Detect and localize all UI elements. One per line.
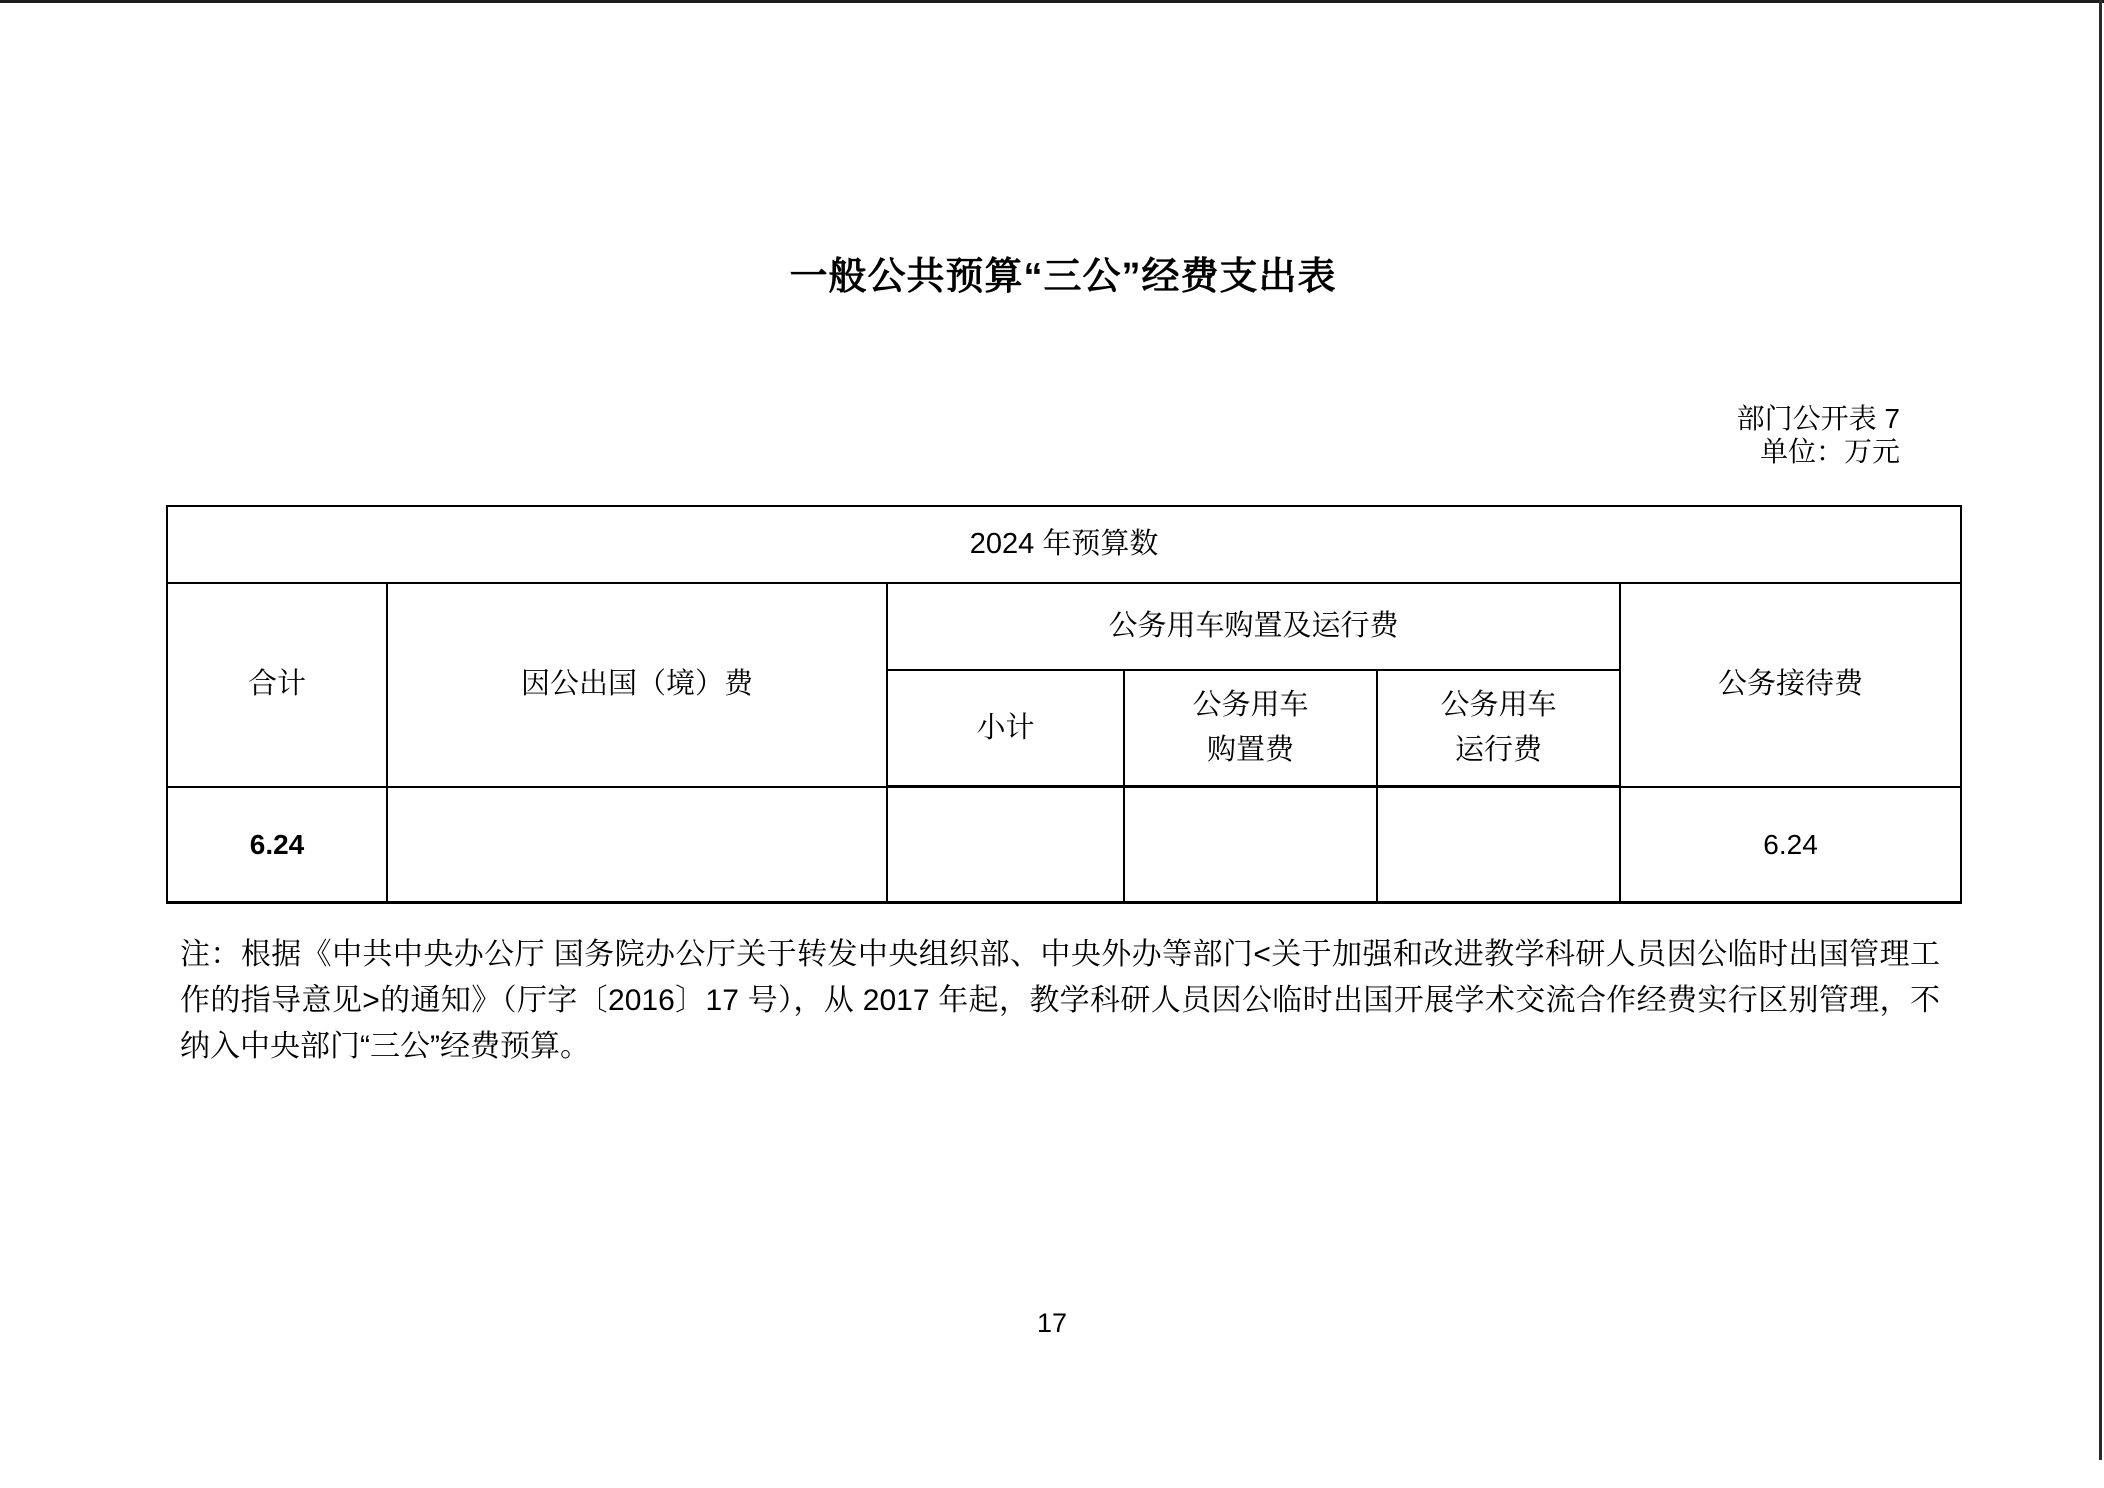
page-title: 一般公共预算“三公”经费支出表 <box>166 254 1960 300</box>
column-header-vehicle-subtotal: 小计 <box>887 670 1124 787</box>
budget-table-container: 2024 年预算数 合计 因公出国（境）费 公务用车购置及运行费 公务接待费 小… <box>166 505 1962 904</box>
unit-label: 单位：万元 <box>1737 435 1900 468</box>
page-number: 17 <box>0 1308 2104 1339</box>
screenshot-right-edge-line <box>2099 0 2102 1460</box>
column-header-vehicle-group: 公务用车购置及运行费 <box>887 583 1620 670</box>
budget-table: 2024 年预算数 合计 因公出国（境）费 公务用车购置及运行费 公务接待费 小… <box>166 505 1962 904</box>
year-header-cell: 2024 年预算数 <box>167 506 1961 583</box>
table-row: 6.24 6.24 <box>167 787 1961 903</box>
footnote-line-1: 注：根据《中共中央办公厅 国务院办公厅关于转发中央组织部、中央外办等部门<关于加… <box>180 932 1940 978</box>
cell-reception-value: 6.24 <box>1620 787 1961 903</box>
column-header-reception: 公务接待费 <box>1620 583 1961 787</box>
footnote: 注：根据《中共中央办公厅 国务院办公厅关于转发中央组织部、中央外办等部门<关于加… <box>180 932 1940 1070</box>
cell-vehicle-purchase-value <box>1124 787 1377 903</box>
column-header-vehicle-purchase: 公务用车 购置费 <box>1124 670 1377 787</box>
sheet-number-label: 部门公开表 7 <box>1737 402 1900 435</box>
cell-vehicle-operation-value <box>1377 787 1620 903</box>
footnote-line-3: 纳入中央部门“三公”经费预算。 <box>180 1024 1940 1070</box>
column-header-abroad: 因公出国（境）费 <box>387 583 887 787</box>
cell-vehicle-subtotal-value <box>887 787 1124 903</box>
cell-total-value: 6.24 <box>167 787 387 903</box>
screenshot-top-edge-line <box>0 0 2104 3</box>
column-header-total: 合计 <box>167 583 387 787</box>
column-header-vehicle-operation: 公务用车 运行费 <box>1377 670 1620 787</box>
table-meta-block: 部门公开表 7 单位：万元 <box>1737 402 1900 468</box>
cell-abroad-value <box>387 787 887 903</box>
footnote-line-2: 作的指导意见>的通知》（厅字〔2016〕17 号），从 2017 年起，教学科研… <box>180 978 1940 1024</box>
